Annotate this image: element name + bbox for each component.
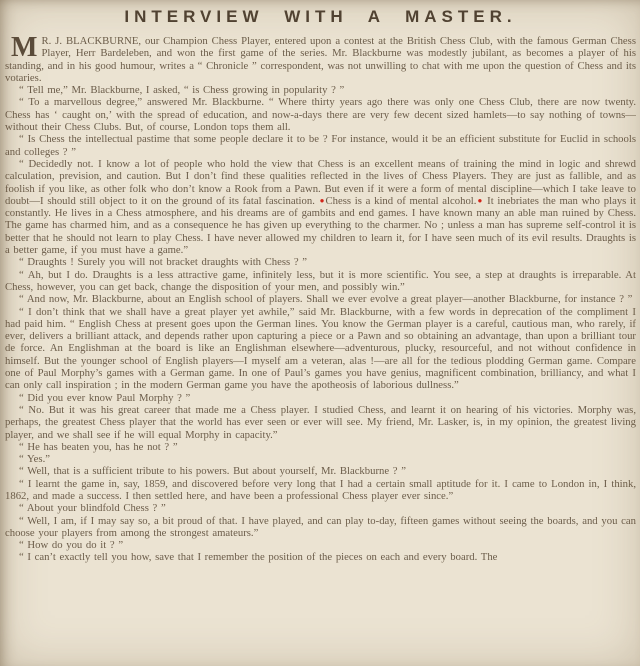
red-dot-marker: ● [476,196,483,205]
page-title: INTERVIEW WITH A MASTER. [5,7,636,27]
article-paragraph: “ No. But it was his great career that m… [5,404,636,441]
article-paragraph: “ Ah, but I do. Draughts is a less attra… [5,269,636,294]
opening-paragraph: MR. J. BLACKBURNE, our Champion Chess Pl… [5,35,636,84]
drop-cap: M [5,35,41,58]
article-paragraph: “ Well, that is a sufficient tribute to … [5,465,636,477]
article-paragraph: “ Did you ever know Paul Morphy ? ” [5,392,636,404]
article-paragraph: “ To a marvellous degree,” answered Mr. … [5,96,636,133]
article-paragraph: “ I can’t exactly tell you how, save tha… [5,551,636,563]
article-paragraph: “ Is Chess the intellectual pastime that… [5,133,636,158]
scanned-article-page: INTERVIEW WITH A MASTER. MR. J. BLACKBUR… [0,0,640,666]
article-paragraph: “ I don’t think that we shall have a gre… [5,306,636,392]
article-paragraph: “ I learnt the game in, say, 1859, and d… [5,478,636,503]
article-paragraph: “ He has beaten you, has he not ? ” [5,441,636,453]
article-paragraph: “ Well, I am, if I may say so, a bit pro… [5,515,636,540]
article-paragraph: “ Tell me,” Mr. Blackburne, I asked, “ i… [5,84,636,96]
article-paragraph: “ How do you do it ? ” [5,539,636,551]
red-dot-marker: ● [319,196,326,205]
article-paragraph: “ And now, Mr. Blackburne, about an Engl… [5,293,636,305]
opening-paragraph-text: R. J. BLACKBURNE, our Champion Chess Pla… [5,35,636,84]
article-paragraph: “ Draughts ! Surely you will not bracket… [5,256,636,268]
article-paragraph-alcohol: “ Decidedly not. I know a lot of people … [5,158,636,256]
article-paragraph: “ Yes.” [5,453,636,465]
highlighted-phrase: Chess is a kind of mental alcohol. [326,195,477,207]
article-paragraph: “ About your blindfold Chess ? ” [5,502,636,514]
